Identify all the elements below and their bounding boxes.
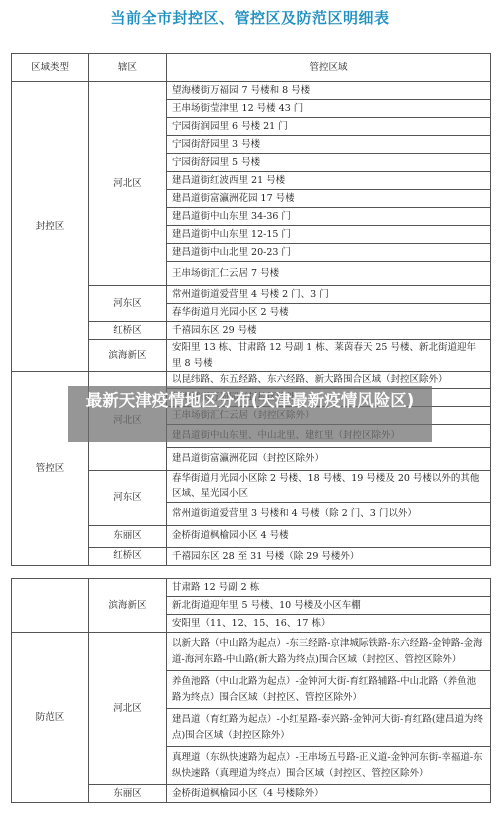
area-cell: 金桥街道枫榆园小区（4 号楼除外） (167, 785, 491, 803)
area-cell: 甘肃路 12 号副 2 栋 (167, 579, 491, 597)
area-cell: 常州道街道爱营里 3 号楼和 4 号楼（除 2 门、3 门以外） (167, 502, 491, 525)
area-cell: 建昌道街中山东里 12-15 门 (167, 226, 491, 244)
area-cell: 千禧园东区 28 至 31 号楼（除 29 号楼外） (167, 547, 491, 565)
district-cell: 滨海新区 (89, 579, 167, 633)
table-row: 封控区 河北区 望海楼街万福园 7 号楼和 8 号楼 (12, 82, 491, 100)
area-cell: 春华街道月光园小区除 2 号楼、18 号楼、19 号楼及 20 号楼以外的其他区… (167, 470, 491, 502)
table-header-row: 区域类型 辖区 管控区域 (12, 54, 491, 82)
area-cell: 王串场街汇仁云居 7 号楼 (167, 262, 491, 286)
caption-overlay-text: 最新天津疫情地区分布(天津最新疫情风险区) (68, 388, 432, 414)
district-cell: 东丽区 (89, 525, 167, 547)
district-cell: 红桥区 (89, 547, 167, 565)
table-row: 防范区 河北区 以新大路（中山路为起点）-东三经路-京津城际铁路-东六经路-金钟… (12, 633, 491, 671)
district-cell: 红桥区 (89, 322, 167, 340)
area-cell: 建昌道街富瀛洲花园 17 号楼 (167, 190, 491, 208)
header-district: 辖区 (89, 54, 167, 82)
header-area-type: 区域类型 (12, 54, 89, 82)
district-cell: 河北区 (89, 82, 167, 286)
district-cell: 河北区 (89, 633, 167, 785)
area-cell: 王串场街莹津里 12 号楼 43 门 (167, 100, 491, 118)
area-cell: 建昌道街红波西里 21 号楼 (167, 172, 491, 190)
area-cell: 建昌道街富瀛洲花园（封控区除外） (167, 447, 491, 470)
area-cell: 建昌道街中山东里 34-36 门 (167, 208, 491, 226)
area-cell: 安阳里（11、12、15、16、17 栋） (167, 615, 491, 633)
area-cell: 宁园街舒园里 5 号楼 (167, 154, 491, 172)
area-type-cell: 防范区 (12, 633, 89, 803)
page-title: 当前全市封控区、管控区及防范区明细表 (0, 7, 500, 28)
district-cell: 东丽区 (89, 785, 167, 803)
risk-area-table-continued: 滨海新区 甘肃路 12 号副 2 栋 新北街道迎年里 5 号楼、10 号楼及小区… (11, 578, 491, 803)
area-cell: 建昌道街中山北里 20-23 门 (167, 244, 491, 262)
area-cell: 新北街道迎年里 5 号楼、10 号楼及小区车棚 (167, 597, 491, 615)
header-control-area: 管控区域 (167, 54, 491, 82)
area-type-cell (12, 579, 89, 633)
district-cell: 河东区 (89, 286, 167, 322)
area-cell: 真理道（东纵快速路为起点）-王串场五号路-正义道-金钟河东街-幸福道-东纵快速路… (167, 747, 491, 785)
table-row: 滨海新区 甘肃路 12 号副 2 栋 (12, 579, 491, 597)
area-cell: 常州道街道爱营里 4 号楼 2 门、3 门 (167, 286, 491, 304)
area-cell: 安阳里 13 栋、甘肃路 12 号副 1 栋、莱茵春天 25 号楼、新北街道迎年… (167, 340, 491, 372)
area-cell: 宁园街润园里 6 号楼 21 门 (167, 118, 491, 136)
area-cell: 金桥街道枫榆园小区 4 号楼 (167, 525, 491, 547)
risk-area-table: 区域类型 辖区 管控区域 封控区 河北区 望海楼街万福园 7 号楼和 8 号楼 … (11, 53, 491, 566)
area-type-cell: 封控区 (12, 82, 89, 372)
district-cell: 滨海新区 (89, 340, 167, 372)
area-cell: 宁园街舒园里 3 号楼 (167, 136, 491, 154)
area-cell: 建昌道（育红路为起点）-小红星路-泰兴路-金钟河大街-育红路(建昌道为终点)围合… (167, 709, 491, 747)
district-cell: 河东区 (89, 470, 167, 525)
area-cell: 春华街道月光园小区 2 号楼 (167, 304, 491, 322)
area-cell: 千禧园东区 29 号楼 (167, 322, 491, 340)
area-cell: 养鱼池路（中山北路为起点）-金钟河大街-育红路辅路-中山北路（养鱼池路为终点）围… (167, 671, 491, 709)
area-cell: 以新大路（中山路为起点）-东三经路-京津城际铁路-东六经路-金钟路-金海道-海河… (167, 633, 491, 671)
area-cell: 望海楼街万福园 7 号楼和 8 号楼 (167, 82, 491, 100)
